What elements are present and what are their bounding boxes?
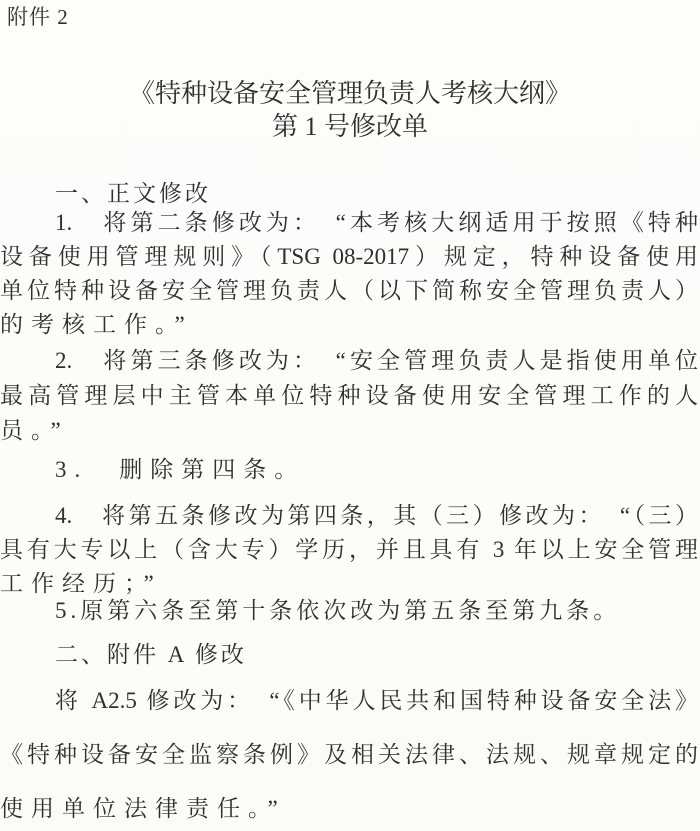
section-1-item-1: 1. 将第二条修改为： “本考核大纲适用于按照《特种 设备使用管理规则》（TSG… [0,206,698,342]
section-1-item-2-line-1: 2. 将第三条修改为： “安全管理负责人是指使用单位 [0,343,698,378]
doc-subtitle: 第 1 号修改单 [0,110,700,143]
section-1-item-4-line-1: 4. 将第五条修改为第四条，其（三）修改为： “（三） [0,499,698,533]
section-1-item-1-line-1: 1. 将第二条修改为： “本考核大纲适用于按照《特种 [0,206,698,240]
section-1-item-1-line-4: 的考核工作。” [0,308,698,342]
section-1-item-2-line-3: 员。” [0,413,698,448]
document-page: 附件 2 《特种设备安全管理负责人考核大纲》 第 1 号修改单 一、正文修改 1… [0,0,700,831]
section-1-item-2: 2. 将第三条修改为： “安全管理负责人是指使用单位 最高管理层中主管本单位特种… [0,343,698,448]
section-1-item-2-line-2: 最高管理层中主管本单位特种设备使用安全管理工作的人 [0,378,698,413]
section-1-item-3-line-1: 3. 删除第四条。 [0,455,698,485]
section-2-item-1-line-2: 《特种设备安全监察条例》及相关法律、法规、规章规定的 [0,728,698,782]
section-1-item-1-line-2: 设备使用管理规则》（TSG 08-2017）规定，特种设备使用 [0,240,698,274]
section-2-item-1: 将 A2.5 修改为： “《中华人民共和国特种设备安全法》 《特种设备安全监察条… [0,674,698,831]
section-2-heading: 二、附件 A 修改 [55,640,247,670]
section-1-heading: 一、正文修改 [55,179,211,209]
section-1-item-5: 5.原第六条至第十条依次改为第五条至第九条。 [0,596,698,626]
attachment-label: 附件 2 [7,2,69,32]
section-1-item-3: 3. 删除第四条。 [0,455,698,485]
section-2-item-1-line-1: 将 A2.5 修改为： “《中华人民共和国特种设备安全法》 [0,674,698,728]
section-1-item-1-line-3: 单位特种设备安全管理负责人（以下简称安全管理负责人） [0,274,698,308]
section-1-item-4-line-2: 具有大专以上（含大专）学历，并且具有 3 年以上安全管理 [0,533,698,567]
section-1-item-5-line-1: 5.原第六条至第十条依次改为第五条至第九条。 [0,596,698,626]
section-2-item-1-line-3: 使用单位法律责任。” [0,782,698,831]
doc-title: 《特种设备安全管理负责人考核大纲》 [0,77,700,110]
section-1-item-4: 4. 将第五条修改为第四条，其（三）修改为： “（三） 具有大专以上（含大专）学… [0,499,698,601]
